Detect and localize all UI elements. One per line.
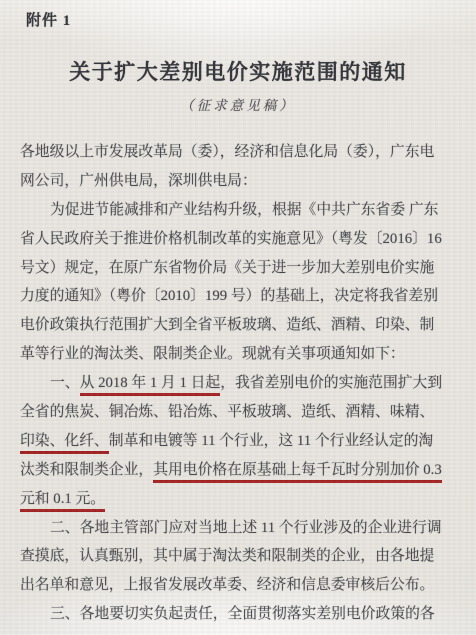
document-line: 力度的通知》（粤价〔2010〕199 号）的基础上，决定将我省差别 bbox=[20, 282, 462, 311]
document-subtitle: （征求意见稿） bbox=[0, 94, 476, 114]
document-line: 省人民政府关于推进价格机制改革的实施意见》（粤发〔2016〕16 bbox=[20, 225, 462, 254]
document-line: 各地级以上市发展改革局（委），经济和信息化局（委），广东电 bbox=[20, 138, 462, 167]
document-line: 印染、化纤、制革和电镀等 11 个行业，这 11 个行业经认定的淘 bbox=[20, 427, 462, 456]
text-segment: ，我省差别电价的实施范围扩大到 bbox=[220, 375, 442, 391]
document-line: 号文）规定，在原广东省物价局《关于进一步加大差别电价实施 bbox=[20, 254, 462, 283]
red-underlined-text-segment: 从 2018 年 1 月 1 日起 bbox=[80, 375, 221, 396]
document-line: 革等行业的淘汰类、限制类企业。现就有关事项通知如下： bbox=[20, 340, 462, 369]
text-segment: 三、各地要切实负起责任，全面贯彻落实差别电价政策的各 bbox=[50, 606, 435, 622]
document-line: 三、各地要切实负起责任，全面贯彻落实差别电价政策的各 bbox=[20, 600, 462, 629]
text-segment: 汰类和限制类企业， bbox=[20, 462, 153, 478]
text-segment: 网公司，广州供电局，深圳供电局： bbox=[20, 173, 257, 189]
red-underlined-text-segment: 印染、化纤、 bbox=[20, 433, 109, 454]
attachment-label: 附件 1 bbox=[0, 0, 476, 30]
text-segment: 为促进节能减排和产业结构升级，根据《中共广东省委 广东 bbox=[50, 202, 438, 218]
text-segment: 革等行业的淘汰类、限制类企业。现就有关事项通知如下： bbox=[20, 346, 405, 362]
document-line: 网公司，广州供电局，深圳供电局： bbox=[20, 167, 462, 196]
red-underlined-text-segment: 其用电价格在原基础上每千瓦时分别加价 0.3 bbox=[153, 462, 442, 483]
document-line: 电价政策执行范围扩大到全省平板玻璃、造纸、酒精、印染、制 bbox=[20, 311, 462, 340]
red-underlined-text-segment: 元和 0.1 元。 bbox=[20, 491, 105, 512]
document-line: 全省的焦炭、铜冶炼、铅冶炼、平板玻璃、造纸、酒精、味精、 bbox=[20, 398, 462, 427]
document-line: 出名单和意见，上报省发展改革委、经济和信息委审核后公布。 bbox=[20, 571, 462, 600]
text-segment: 制革和电镀等 11 个行业，这 11 个行业经认定的淘 bbox=[109, 433, 433, 449]
text-segment: 各地级以上市发展改革局（委），经济和信息化局（委），广东电 bbox=[20, 144, 434, 160]
text-segment: 电价政策执行范围扩大到全省平板玻璃、造纸、酒精、印染、制 bbox=[20, 317, 434, 333]
text-segment: 出名单和意见，上报省发展改革委、经济和信息委审核后公布。 bbox=[20, 577, 434, 593]
document-line: 汰类和限制类企业，其用电价格在原基础上每千瓦时分别加价 0.3 bbox=[20, 456, 462, 485]
document-body: 各地级以上市发展改革局（委），经济和信息化局（委），广东电网公司，广州供电局，深… bbox=[20, 138, 462, 629]
document-line: 查摸底，认真甄别，其中属于淘汰类和限制类的企业，由各地提 bbox=[20, 542, 462, 571]
text-segment: 一、 bbox=[50, 375, 80, 391]
scanned-document-page: 附件 1 关于扩大差别电价实施范围的通知 （征求意见稿） 各地级以上市发展改革局… bbox=[0, 0, 476, 635]
text-segment: 二、各地主管部门应对当地上述 11 个行业涉及的企业进行调 bbox=[50, 520, 442, 536]
document-line: 二、各地主管部门应对当地上述 11 个行业涉及的企业进行调 bbox=[20, 514, 462, 543]
text-segment: 省人民政府关于推进价格机制改革的实施意见》（粤发〔2016〕16 bbox=[20, 231, 442, 247]
text-segment: 力度的通知》（粤价〔2010〕199 号）的基础上，决定将我省差别 bbox=[20, 288, 438, 304]
document-title: 关于扩大差别电价实施范围的通知 bbox=[8, 56, 468, 86]
text-segment: 查摸底，认真甄别，其中属于淘汰类和限制类的企业，由各地提 bbox=[20, 548, 434, 564]
text-segment: 全省的焦炭、铜冶炼、铅冶炼、平板玻璃、造纸、酒精、味精、 bbox=[20, 404, 434, 420]
document-line: 一、从 2018 年 1 月 1 日起，我省差别电价的实施范围扩大到 bbox=[20, 369, 462, 398]
text-segment: 号文）规定，在原广东省物价局《关于进一步加大差别电价实施 bbox=[20, 260, 434, 276]
document-line: 为促进节能减排和产业结构升级，根据《中共广东省委 广东 bbox=[20, 196, 462, 225]
document-line: 元和 0.1 元。 bbox=[20, 485, 462, 514]
